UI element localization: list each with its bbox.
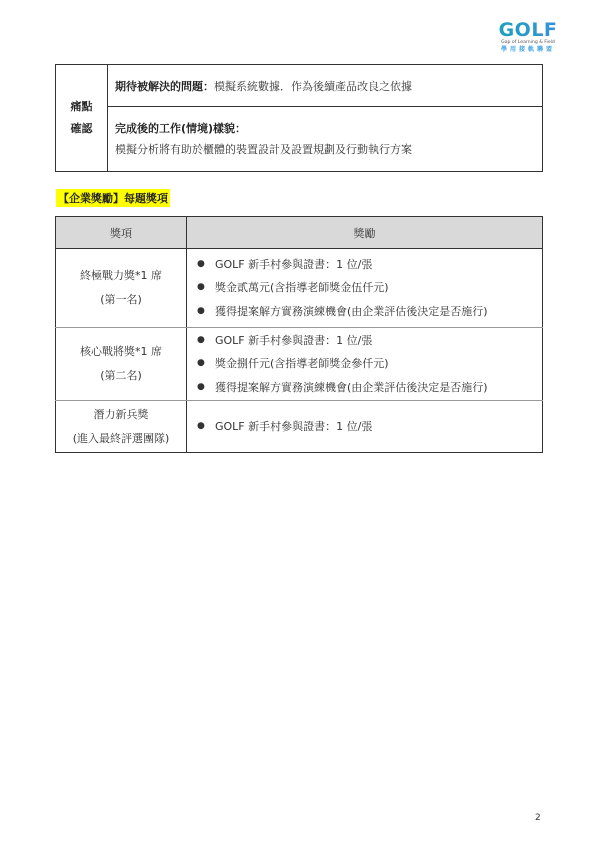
list-item: ●獎金捌仟元(含指導老師獎金參仟元): [195, 352, 542, 376]
completed-scenario-label: 完成後的工作(情境)樣貌：: [115, 118, 542, 140]
header-reward: 獎勵: [187, 217, 543, 249]
bullet-icon: ●: [197, 376, 205, 400]
page-number: 2: [535, 813, 541, 823]
expected-problem-text: 模擬系統數據．作為後續產品改良之依據: [214, 80, 412, 93]
completed-scenario-text: 模擬分析將有助於櫃體的裝置設計及設置規劃及行動執行方案: [115, 140, 542, 160]
award-name-cell: 核心戰將獎*1 席 (第二名): [56, 328, 187, 401]
table-row: 潛力新兵獎 (進入最終評選團隊) ●GOLF 新手村參與證書：1 位/張: [56, 401, 543, 453]
list-item: ●GOLF 新手村參與證書：1 位/張: [195, 253, 542, 277]
bullet-icon: ●: [197, 415, 205, 439]
logo-main-text: GOLF: [492, 20, 564, 40]
bullet-icon: ●: [197, 276, 205, 300]
section-title-corporate-awards: 【企業獎勵】每題獎項: [56, 189, 170, 207]
reward-cell: ●GOLF 新手村參與證書：1 位/張: [187, 401, 543, 453]
completed-scenario-cell: 完成後的工作(情境)樣貌： 模擬分析將有助於櫃體的裝置設計及設置規劃及行動執行方…: [108, 107, 543, 172]
bullet-icon: ●: [197, 253, 205, 277]
reward-cell: ●GOLF 新手村參與證書：1 位/張 ●獎金貳萬元(含指導老師獎金伍仟元) ●…: [187, 249, 543, 328]
pain-point-table: 痛點 確認 期待被解決的問題：模擬系統數據．作為後續產品改良之依據 完成後的工作…: [55, 64, 543, 172]
bullet-icon: ●: [197, 300, 205, 324]
table-row: 核心戰將獎*1 席 (第二名) ●GOLF 新手村參與證書：1 位/張 ●獎金捌…: [56, 328, 543, 401]
awards-table: 獎項 獎勵 終極戰力獎*1 席 (第一名) ●GOLF 新手村參與證書：1 位/…: [55, 216, 543, 453]
award-name-cell: 終極戰力獎*1 席 (第一名): [56, 249, 187, 328]
header-award: 獎項: [56, 217, 187, 249]
table-row: 終極戰力獎*1 席 (第一名) ●GOLF 新手村參與證書：1 位/張 ●獎金貳…: [56, 249, 543, 328]
expected-problem-cell: 期待被解決的問題：模擬系統數據．作為後續產品改良之依據: [108, 65, 543, 107]
list-item: ●獲得提案解方實務演練機會(由企業評估後決定是否施行): [195, 376, 542, 400]
pain-point-label: 痛點 確認: [56, 65, 108, 172]
reward-cell: ●GOLF 新手村參與證書：1 位/張 ●獎金捌仟元(含指導老師獎金參仟元) ●…: [187, 328, 543, 401]
expected-problem-label: 期待被解決的問題：: [115, 80, 214, 93]
award-name-cell: 潛力新兵獎 (進入最終評選團隊): [56, 401, 187, 453]
bullet-icon: ●: [197, 329, 205, 353]
list-item: ●獎金貳萬元(含指導老師獎金伍仟元): [195, 276, 542, 300]
golf-logo: GOLF Gap of Learning & Field 學用接軌聯盟: [492, 20, 564, 54]
list-item: ●GOLF 新手村參與證書：1 位/張: [195, 415, 542, 439]
list-item: ●獲得提案解方實務演練機會(由企業評估後決定是否施行): [195, 300, 542, 324]
bullet-icon: ●: [197, 352, 205, 376]
logo-chinese: 學用接軌聯盟: [492, 46, 564, 54]
list-item: ●GOLF 新手村參與證書：1 位/張: [195, 329, 542, 353]
